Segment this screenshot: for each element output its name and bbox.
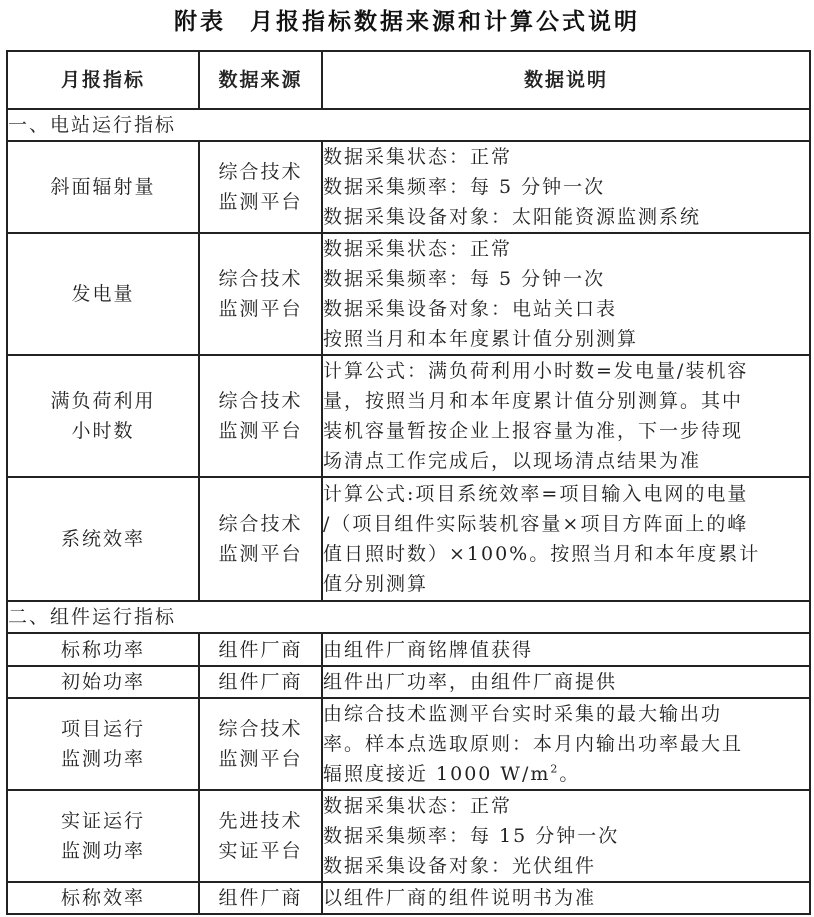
description-cell: 数据采集状态：正常 数据采集频率：每 15 分钟一次 数据采集设备对象：光伏组件: [322, 790, 810, 882]
description-line: 数据采集频率：每 5 分钟一次: [323, 264, 809, 294]
indicator-text: 实证运行: [8, 806, 198, 836]
description-cell: 以组件厂商的组件说明书为准: [322, 882, 810, 914]
table-row: 发电量 综合技术 监测平台 数据采集状态：正常 数据采集频率：每 5 分钟一次 …: [7, 233, 810, 355]
description-cell: 计算公式：满负荷利用小时数=发电量/装机容 量，按照当月和本年度累计值分别测算。…: [322, 355, 810, 477]
indicator-text: 标称效率: [8, 883, 198, 913]
page-title: 附表月报指标数据来源和计算公式说明: [0, 6, 814, 38]
header-source: 数据来源: [199, 51, 322, 109]
indicator-cell: 项目运行 监测功率: [7, 698, 199, 790]
description-line: 数据采集状态：正常: [323, 234, 809, 264]
indicator-text: 项目运行: [8, 714, 198, 744]
indicator-text: 满负荷利用: [8, 386, 198, 416]
source-cell: 组件厂商: [199, 633, 322, 666]
description-line: 装机容量暂按企业上报容量为准，下一步待现: [323, 416, 809, 446]
table-row: 标称效率 组件厂商 以组件厂商的组件说明书为准: [7, 882, 810, 914]
indicator-table: 月报指标 数据来源 数据说明 一、电站运行指标 斜面辐射量 综合技术 监测平台 …: [6, 50, 811, 915]
source-text: 组件厂商: [200, 635, 321, 665]
indicator-text: 发电量: [8, 279, 198, 309]
description-line: 数据采集设备对象：太阳能资源监测系统: [323, 202, 809, 232]
description-line: 组件出厂功率，由组件厂商提供: [323, 667, 809, 697]
table-row: 系统效率 综合技术 监测平台 计算公式:项目系统效率=项目输入电网的电量 /（项…: [7, 477, 810, 601]
description-line: 计算公式:项目系统效率=项目输入电网的电量: [323, 479, 809, 509]
source-text: 实证平台: [200, 836, 321, 866]
header-indicator: 月报指标: [7, 51, 199, 109]
indicator-cell: 斜面辐射量: [7, 141, 199, 233]
description-line: 量，按照当月和本年度累计值分别测算。其中: [323, 386, 809, 416]
indicator-text: 标称功率: [8, 635, 198, 665]
section-row: 二、组件运行指标: [7, 601, 810, 633]
description-line: 数据采集状态：正常: [323, 791, 809, 821]
table-row: 标称功率 组件厂商 由组件厂商铭牌值获得: [7, 633, 810, 666]
source-text: 综合技术: [200, 386, 321, 416]
table-row: 初始功率 组件厂商 组件出厂功率，由组件厂商提供: [7, 666, 810, 698]
source-text: 综合技术: [200, 264, 321, 294]
description-cell: 计算公式:项目系统效率=项目输入电网的电量 /（项目组件实际装机容量×项目方阵面…: [322, 477, 810, 601]
description-cell: 由综合技术监测平台实时采集的最大输出功 率。样本点选取原则：本月内输出功率最大且…: [322, 698, 810, 790]
description-line: 率。样本点选取原则：本月内输出功率最大且: [323, 729, 809, 759]
description-line: 值日照时数）×100%。按照当月和本年度累计: [323, 539, 809, 569]
indicator-cell: 实证运行 监测功率: [7, 790, 199, 882]
source-text: 监测平台: [200, 294, 321, 324]
indicator-cell: 发电量: [7, 233, 199, 355]
title-main: 月报指标数据来源和计算公式说明: [250, 9, 640, 35]
description-line: 数据采集设备对象：光伏组件: [323, 851, 809, 881]
section-label: 二、组件运行指标: [7, 601, 810, 633]
table-row: 满负荷利用 小时数 综合技术 监测平台 计算公式：满负荷利用小时数=发电量/装机…: [7, 355, 810, 477]
description-line: 值分别测算: [323, 569, 809, 599]
description-text: 辐照度接近 1000 W/m: [323, 763, 550, 785]
indicator-cell: 系统效率: [7, 477, 199, 601]
source-text: 组件厂商: [200, 883, 321, 913]
source-text: 监测平台: [200, 416, 321, 446]
source-text: 监测平台: [200, 187, 321, 217]
source-cell: 综合技术 监测平台: [199, 355, 322, 477]
section-row: 一、电站运行指标: [7, 109, 810, 141]
source-cell: 综合技术 监测平台: [199, 698, 322, 790]
source-cell: 综合技术 监测平台: [199, 477, 322, 601]
description-cell: 由组件厂商铭牌值获得: [322, 633, 810, 666]
description-cell: 数据采集状态：正常 数据采集频率：每 5 分钟一次 数据采集设备对象：太阳能资源…: [322, 141, 810, 233]
description-line: 数据采集状态：正常: [323, 142, 809, 172]
header-description: 数据说明: [322, 51, 810, 109]
description-line: 数据采集设备对象：电站关口表: [323, 294, 809, 324]
indicator-cell: 满负荷利用 小时数: [7, 355, 199, 477]
description-cell: 组件出厂功率，由组件厂商提供: [322, 666, 810, 698]
source-text: 综合技术: [200, 714, 321, 744]
source-text: 组件厂商: [200, 667, 321, 697]
indicator-text: 初始功率: [8, 667, 198, 697]
source-text: 综合技术: [200, 509, 321, 539]
source-cell: 组件厂商: [199, 882, 322, 914]
description-line: 辐照度接近 1000 W/m2。: [323, 759, 809, 789]
description-tail: 。: [559, 763, 580, 785]
source-cell: 先进技术 实证平台: [199, 790, 322, 882]
description-line: 计算公式：满负荷利用小时数=发电量/装机容: [323, 356, 809, 386]
description-cell: 数据采集状态：正常 数据采集频率：每 5 分钟一次 数据采集设备对象：电站关口表…: [322, 233, 810, 355]
table-row: 实证运行 监测功率 先进技术 实证平台 数据采集状态：正常 数据采集频率：每 1…: [7, 790, 810, 882]
source-text: 监测平台: [200, 539, 321, 569]
source-cell: 组件厂商: [199, 666, 322, 698]
source-text: 监测平台: [200, 744, 321, 774]
table-row: 斜面辐射量 综合技术 监测平台 数据采集状态：正常 数据采集频率：每 5 分钟一…: [7, 141, 810, 233]
indicator-cell: 标称效率: [7, 882, 199, 914]
section-label: 一、电站运行指标: [7, 109, 810, 141]
description-line: 由综合技术监测平台实时采集的最大输出功: [323, 699, 809, 729]
indicator-cell: 标称功率: [7, 633, 199, 666]
description-line: /（项目组件实际装机容量×项目方阵面上的峰: [323, 509, 809, 539]
description-line: 数据采集频率：每 15 分钟一次: [323, 821, 809, 851]
description-line: 以组件厂商的组件说明书为准: [323, 883, 809, 913]
indicator-cell: 初始功率: [7, 666, 199, 698]
source-text: 先进技术: [200, 806, 321, 836]
indicator-text: 系统效率: [8, 524, 198, 554]
indicator-text: 斜面辐射量: [8, 172, 198, 202]
table-row: 项目运行 监测功率 综合技术 监测平台 由综合技术监测平台实时采集的最大输出功 …: [7, 698, 810, 790]
indicator-text: 监测功率: [8, 744, 198, 774]
source-text: 综合技术: [200, 157, 321, 187]
indicator-text: 小时数: [8, 416, 198, 446]
indicator-text: 监测功率: [8, 836, 198, 866]
title-prefix: 附表: [174, 9, 226, 35]
description-line: 数据采集频率：每 5 分钟一次: [323, 172, 809, 202]
source-cell: 综合技术 监测平台: [199, 233, 322, 355]
description-line: 由组件厂商铭牌值获得: [323, 635, 809, 665]
description-line: 按照当月和本年度累计值分别测算: [323, 324, 809, 354]
header-row: 月报指标 数据来源 数据说明: [7, 51, 810, 109]
description-line: 场清点工作完成后，以现场清点结果为准: [323, 446, 809, 476]
source-cell: 综合技术 监测平台: [199, 141, 322, 233]
